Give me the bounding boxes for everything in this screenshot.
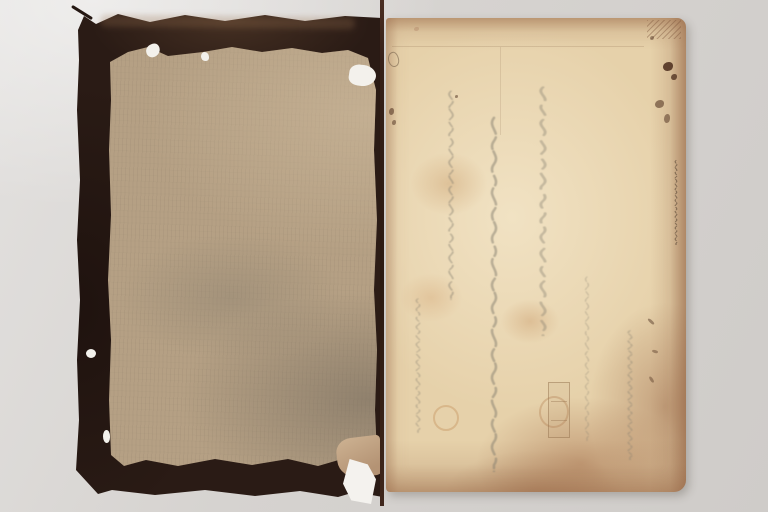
stain-speck (414, 27, 419, 31)
ink-curl-mark (386, 51, 401, 69)
ring-stain (433, 405, 459, 431)
ink-speck (650, 36, 654, 40)
paper-tear (103, 430, 110, 443)
ink-speck (392, 120, 396, 125)
crease-line-horizontal (392, 46, 644, 47)
ink-speck (389, 108, 394, 115)
cover-frayed-corner (71, 5, 93, 20)
ghost-seal-outline (548, 382, 570, 438)
fore-edge-mark (647, 318, 655, 326)
fore-edge-title-text (671, 160, 681, 245)
fore-edge-mark (648, 376, 654, 384)
ink-blot (663, 62, 673, 71)
ghost-text-column (408, 298, 428, 433)
ink-blot (655, 100, 664, 108)
ink-blot (671, 74, 677, 80)
ghost-text-column (530, 86, 556, 336)
spine-binding-cord (380, 0, 384, 506)
last-leaf (386, 18, 686, 492)
ghost-text-column (578, 276, 596, 441)
ink-blot (664, 114, 670, 123)
paper-tear (86, 349, 96, 358)
ghost-text-column (482, 116, 506, 472)
book-photo (0, 0, 768, 512)
ghost-text-column (620, 330, 640, 460)
ghost-text-column (440, 90, 462, 300)
fore-edge-mark (652, 349, 659, 354)
paper-tear (201, 52, 209, 61)
